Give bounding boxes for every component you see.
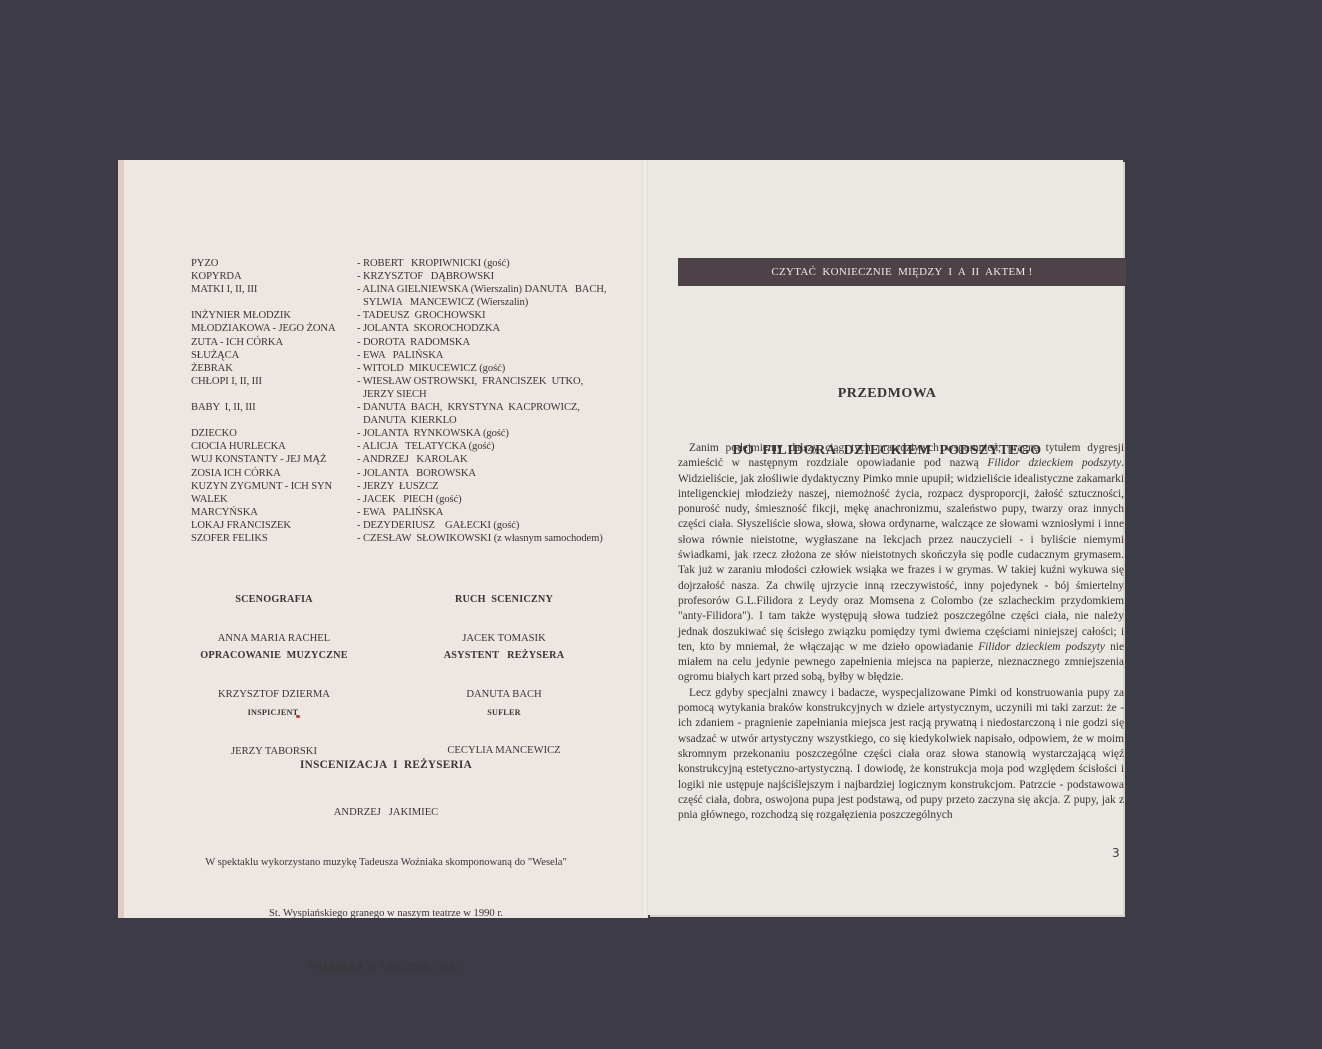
role-name: CHŁOPI I, II, III xyxy=(191,375,357,401)
role-name: MARCYŃSKA xyxy=(191,506,357,519)
left-page: PYZO- ROBERT KROPIWNICKI (gość)KOPYRDA- … xyxy=(118,160,648,918)
credit-title: SCENOGRAFIA xyxy=(184,594,364,605)
premiere-date: PREMIERA 18 GRUDNIA 1994 r. xyxy=(124,960,648,976)
role-name: SZOFER FELIKS xyxy=(191,532,357,545)
role-name: KUZYN ZYGMUNT - ICH SYN xyxy=(191,480,357,493)
role-name: WUJ KONSTANTY - JEJ MĄŻ xyxy=(191,453,357,466)
actor-name: - ANDRZEJ KAROLAK xyxy=(357,453,631,466)
role-name: ZUTA - ICH CÓRKA xyxy=(191,336,357,349)
role-name: ZOSIA ICH CÓRKA xyxy=(191,467,357,480)
director-name: ANDRZEJ JAKIMIEC xyxy=(124,805,648,821)
cast-row: WALEK- JACEK PIECH (gość) xyxy=(191,493,631,506)
actor-name: - WITOLD MIKUCEWICZ (gość) xyxy=(357,362,631,375)
credit-title: RUCH SCENICZNY xyxy=(414,594,594,605)
actor-name: - JACEK PIECH (gość) xyxy=(357,493,631,506)
actor-name: - DANUTA BACH, KRYSTYNA KACPROWICZ,DANUT… xyxy=(357,401,631,427)
role-name: BABY I, II, III xyxy=(191,401,357,427)
cast-row: LOKAJ FRANCISZEK- DEZYDERIUSZ GAŁECKI (g… xyxy=(191,519,631,532)
cast-row: MARCYŃSKA- EWA PALIŃSKA xyxy=(191,506,631,519)
cast-row: ŻEBRAK- WITOLD MIKUCEWICZ (gość) xyxy=(191,362,631,375)
role-name: WALEK xyxy=(191,493,357,506)
cast-row: SŁUŻĄCA- EWA PALIŃSKA xyxy=(191,349,631,362)
role-name: MATKI I, II, III xyxy=(191,283,357,309)
role-name: LOKAJ FRANCISZEK xyxy=(191,519,357,532)
role-name: PYZO xyxy=(191,257,357,270)
cast-row: MATKI I, II, III- ALINA GIELNIEWSKA (Wie… xyxy=(191,283,631,309)
credit-title: INSPICJENT xyxy=(184,708,364,718)
paragraph-1: Zanim podejmiemy dalszy ciąg tych prawdz… xyxy=(678,441,1124,686)
music-note-line2: St. Wyspiańskiego granego w naszym teatr… xyxy=(124,906,648,922)
cast-row: DZIECKO- JOLANTA RYNKOWSKA (gość) xyxy=(191,427,631,440)
preface-title-line1: PRZEDMOWA xyxy=(648,384,1126,403)
book-title-italic: Filidor dzieckiem podszyty xyxy=(978,641,1105,653)
role-name: SŁUŻĄCA xyxy=(191,349,357,362)
cast-row: PYZO- ROBERT KROPIWNICKI (gość) xyxy=(191,257,631,270)
credit-title: SUFLER xyxy=(414,708,594,717)
red-ink-mark xyxy=(296,715,300,718)
actor-name: - JERZY ŁUSZCZ xyxy=(357,480,631,493)
actor-name: - JOLANTA SKOROCHODZKA xyxy=(357,322,631,335)
book-title-italic: Filidor dzieckiem podszyty xyxy=(987,457,1121,469)
actor-name: - ALICJA TELATYCKA (gość) xyxy=(357,440,631,453)
cast-row: KOPYRDA- KRZYSZTOF DĄBROWSKI xyxy=(191,270,631,283)
open-booklet: PYZO- ROBERT KROPIWNICKI (gość)KOPYRDA- … xyxy=(118,160,1123,918)
role-name: ŻEBRAK xyxy=(191,362,357,375)
actor-name: - TADEUSZ GROCHOWSKI xyxy=(357,309,631,322)
actor-name: - ALINA GIELNIEWSKA (Wierszalin) DANUTA … xyxy=(357,283,631,309)
role-name: KOPYRDA xyxy=(191,270,357,283)
actor-name: - DEZYDERIUSZ GAŁECKI (gość) xyxy=(357,519,631,532)
actor-name: - JOLANTA BOROWSKA xyxy=(357,467,631,480)
cast-row: BABY I, II, III- DANUTA BACH, KRYSTYNA K… xyxy=(191,401,631,427)
direction-block: INSCENIZACJA I REŻYSERIA ANDRZEJ JAKIMIE… xyxy=(124,725,648,1008)
right-page: CZYTAĆ KONIECZNIE MIĘDZY I A II AKTEM ! … xyxy=(648,160,1123,915)
actor-name: - JOLANTA RYNKOWSKA (gość) xyxy=(357,427,631,440)
cast-row: CIOCIA HURLECKA- ALICJA TELATYCKA (gość) xyxy=(191,440,631,453)
cast-row: ZOSIA ICH CÓRKA- JOLANTA BOROWSKA xyxy=(191,467,631,480)
cast-row: INŻYNIER MŁODZIK- TADEUSZ GROCHOWSKI xyxy=(191,309,631,322)
actor-name: - EWA PALIŃSKA xyxy=(357,506,631,519)
actor-name: - DOROTA RADOMSKA xyxy=(357,336,631,349)
cast-row: KUZYN ZYGMUNT - ICH SYN- JERZY ŁUSZCZ xyxy=(191,480,631,493)
cast-row: CHŁOPI I, II, III- WIESŁAW OSTROWSKI, FR… xyxy=(191,375,631,401)
role-name: CIOCIA HURLECKA xyxy=(191,440,357,453)
actor-name: - ROBERT KROPIWNICKI (gość) xyxy=(357,257,631,270)
credit-title: OPRACOWANIE MUZYCZNE xyxy=(184,650,364,661)
credits: SCENOGRAFIA ANNA MARIA RACHEL RUCH SCENI… xyxy=(124,160,648,248)
cast-row: ZUTA - ICH CÓRKA- DOROTA RADOMSKA xyxy=(191,336,631,349)
preface-body: Zanim podejmiemy dalszy ciąg tych prawdz… xyxy=(678,441,1124,823)
actor-name: - EWA PALIŃSKA xyxy=(357,349,631,362)
cast-list: PYZO- ROBERT KROPIWNICKI (gość)KOPYRDA- … xyxy=(191,257,631,545)
direction-title: INSCENIZACJA I REŻYSERIA xyxy=(124,757,648,773)
actor-name: - CZESŁAW SŁOWIKOWSKI (z własnym samocho… xyxy=(357,532,631,545)
cast-row: SZOFER FELIKS- CZESŁAW SŁOWIKOWSKI (z wł… xyxy=(191,532,631,545)
actor-name: - KRZYSZTOF DĄBROWSKI xyxy=(357,270,631,283)
music-note-line1: W spektaklu wykorzystano muzykę Tadeusza… xyxy=(124,855,648,871)
paragraph-2: Lecz gdyby specjalni znawcy i badacze, w… xyxy=(678,686,1124,824)
role-name: MŁODZIAKOWA - JEGO ŻONA xyxy=(191,322,357,335)
cast-row: WUJ KONSTANTY - JEJ MĄŻ- ANDRZEJ KAROLAK xyxy=(191,453,631,466)
role-name: INŻYNIER MŁODZIK xyxy=(191,309,357,322)
role-name: DZIECKO xyxy=(191,427,357,440)
page-number: 3 xyxy=(1112,846,1120,860)
actor-name: - WIESŁAW OSTROWSKI, FRANCISZEK UTKO,JER… xyxy=(357,375,631,401)
cast-row: MŁODZIAKOWA - JEGO ŻONA- JOLANTA SKOROCH… xyxy=(191,322,631,335)
credit-title: ASYSTENT REŻYSERA xyxy=(414,650,594,661)
read-between-acts-banner: CZYTAĆ KONIECZNIE MIĘDZY I A II AKTEM ! xyxy=(678,258,1126,286)
